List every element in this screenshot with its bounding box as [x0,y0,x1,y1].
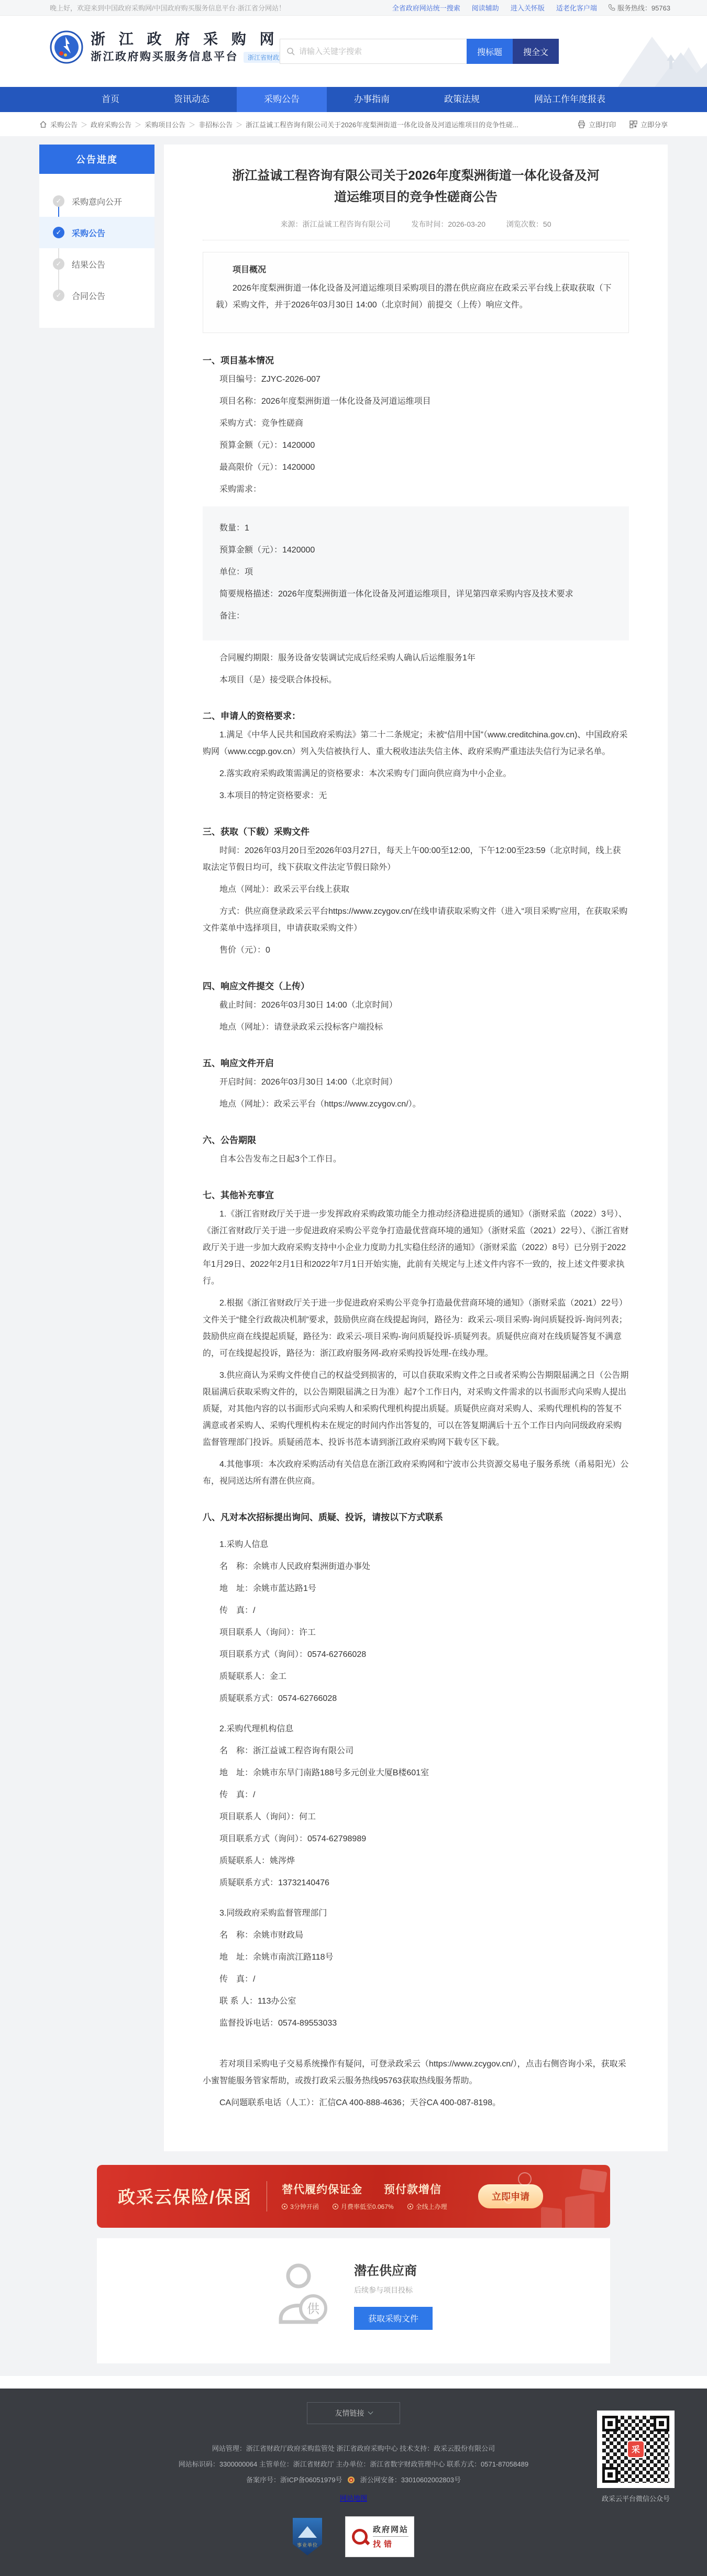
nav-procurement-announcements[interactable]: 采购公告 [237,87,327,112]
home-icon [39,120,47,128]
contract-period: 合同履约期限：服务设备安装调试完成后经采购人确认后运维服务1年 [203,650,629,667]
search-icon [286,47,295,56]
consortium-bid-note: 本项目（是）接受联合体投标。 [203,672,629,689]
obtain-price: 售价（元）：0 [203,942,629,959]
purchaser-fax: 传 真：/ [203,1602,629,1619]
project-overview-box: 项目概况 2026年度梨洲街道一体化设备及河道运维项目采购项目的潜在供应商应在政… [203,252,629,333]
agency-query-contact: 质疑联系人：姚涔烨 [203,1853,629,1870]
wechat-qr-block: 采 政采云平台微信公众号 [597,2411,675,2503]
get-procurement-file-button[interactable]: 获取采购文件 [354,2307,433,2330]
announcement-period: 自本公告发布之日起3个工作日。 [203,1151,629,1168]
unified-search-link[interactable]: 全省政府网站统一搜索 [392,3,460,13]
page-title: 浙江益诚工程咨询有限公司关于2026年度梨洲街道一体化设备及河道运维项目的竞争性… [228,165,603,208]
rate-icon [333,2204,338,2209]
nav-policies[interactable]: 政策法规 [417,87,507,112]
zcy-insurance-banner[interactable]: 政采云保险/保函 替代履约保证金 预付款增信 3分钟开函 月费率低至0.067%… [97,2165,610,2228]
open-time: 开启时间：2026年03月30日 14:00（北京时间） [203,1074,629,1091]
supervision-phone: 监督投诉电话：0574-89553033 [203,2015,629,2032]
dotted-divider [203,240,629,240]
main-nav: 首页 资讯动态 采购公告 办事指南 政策法规 网站工作年度报表 [0,87,707,112]
demand-spec: 简要规格描述：2026年度梨洲街道一体化设备及河道运维项目，详见第四章采购内容及… [203,586,629,603]
section-8-heading: 八、凡对本次招标提出询问、质疑、投诉，请按以下方式联系 [203,1510,629,1523]
obtain-time: 时间：2026年03月20日至2026年03月27日，每天上午00:00至12:… [203,843,629,876]
procurement-demand-label: 采购需求： [203,481,629,498]
svg-text:供: 供 [307,2302,320,2316]
demand-budget: 预算金额（元）：1420000 [203,542,629,559]
site-search: 搜标题 搜全文 [280,39,559,64]
reading-aid-link[interactable]: 阅读辅助 [472,3,499,13]
nav-home[interactable]: 首页 [74,87,147,112]
qr-code: 采 [597,2411,675,2488]
supervision-name: 名 称：余姚市财政局 [203,1927,629,1944]
supervision-contact: 联 系 人：113办公室 [203,1993,629,2010]
printer-icon [578,120,586,128]
site-name: 浙 江 政 府 采 购 网 [91,30,290,48]
agency-name: 名 称：浙江益诚工程咨询有限公司 [203,1743,629,1760]
check-icon: ✓ [53,195,64,207]
supplier-text: 潜在供应商 后续参与项目投标 获取采购文件 [354,2260,433,2330]
supplement-1: 1.《浙江省财政厅关于进一步发挥政府采购政策功能全力推动经济稳进提质的通知》（浙… [203,1206,629,1290]
site-logo-icon [50,30,83,64]
nav-service-guide[interactable]: 办事指南 [327,87,417,112]
article-view-count: 浏览次数：50 [506,220,551,228]
purchaser-query-contact: 质疑联系人：金工 [203,1668,629,1685]
agency-contact: 项目联系人（询问）：何工 [203,1809,629,1826]
banner-feature-3: 全线上办理 [407,2202,447,2211]
demand-quantity: 数量：1 [203,520,629,537]
print-button[interactable]: 立即打印 [578,119,616,129]
qualification-1: 1.满足《中华人民共和国政府采购法》第二十二条规定；未被“信用中国”（www.c… [203,727,629,760]
greeting-text: 晚上好，欢迎来到中国政府采购网/中国政府购买服务信息平台·浙江省分网站！ [50,3,285,13]
project-number: 项目编号：ZJYC-2026-007 [203,371,629,388]
check-icon: ✓ [53,290,64,301]
section-4-heading: 四、响应文件提交（上传） [203,979,629,992]
supervision-address: 地 址：余姚市南滨江路118号 [203,1949,629,1966]
breadcrumb-item-4[interactable]: 非招标公告 [198,119,233,129]
breadcrumb-separator: ＞ [135,119,141,129]
qr-share-icon [629,120,637,128]
shield-mountain-icon [298,2526,317,2538]
breadcrumb-separator: ＞ [189,119,195,129]
search-input[interactable] [299,47,460,56]
breadcrumb-separator: ＞ [81,119,87,129]
section-2-heading: 二、申请人的资格要求： [203,709,629,722]
site-footer: 友情链接 网站管理：浙江省财政厅政府采购监管处 浙江省政府采购中心 技术支持：政… [0,2389,707,2576]
section-1-heading: 一、项目基本情况 [203,353,629,366]
announcement-progress-sidebar: 公告进度 ✓ 采购意向公开 ✓ 采购公告 ✓ 结果公告 [39,145,154,328]
icp-record-link[interactable]: 备案序号：浙ICP备06051979号 [246,2476,343,2484]
zcy-logo-icon: 采 [627,2440,645,2458]
open-place: 地点（网址）：政采云平台（https://www.zcygov.cn/）。 [203,1096,629,1113]
public-security-record-link[interactable]: 浙公网安备：33010602002803号 [360,2476,461,2484]
procurement-method: 采购方式：竞争性磋商 [203,415,629,432]
breadcrumb-current: 浙江益诚工程咨询有限公司关于2026年度梨洲街道一体化设备及河道运维项目的竞争性… [246,119,518,129]
article-source: 来源：浙江益诚工程咨询有限公司 [281,220,391,228]
qualification-3: 3.本项目的特定资格要求：无 [203,788,629,804]
mountain-decoration [539,16,707,87]
banner-middle: 替代履约保证金 预付款增信 3分钟开函 月费率低至0.067% 全线上办理 [282,2181,459,2211]
potential-supplier-card: 供 潜在供应商 后续参与项目投标 获取采购文件 [97,2238,610,2363]
banner-feature-1: 3分钟开函 [282,2202,319,2211]
supplier-title: 潜在供应商 [354,2260,433,2279]
phone-icon [609,4,615,11]
service-hotline: 服务热线：95763 [609,3,670,13]
supplement-3: 3.供应商认为采购文件使自己的权益受到损害的，可以自获取采购文件之日或者采购公告… [203,1367,629,1451]
supplement-4: 4.其他事项：本次政府采购活动有关信息在浙江政府采购网和宁波市公共资源交易电子服… [203,1456,629,1490]
max-price: 最高限价（元）：1420000 [203,459,629,476]
agency-info-title: 2.采购代理机构信息 [203,1721,629,1738]
ca-contact-note: CA问题联系电话（人工）：汇信CA 400-888-4636；天谷CA 400-… [203,2095,629,2111]
magnifier-icon [351,2528,369,2546]
article-meta: 来源：浙江益诚工程咨询有限公司 发布时间：2026-03-20 浏览次数：50 [203,219,629,229]
supervision-fax: 传 真：/ [203,1971,629,1988]
banner-title: 政采云保险/保函 [118,2184,252,2208]
demand-remark: 备注： [203,608,629,625]
sitemap-link[interactable]: 网站地图 [340,2494,367,2502]
section-3-heading: 三、获取（下载）采购文件 [203,824,629,837]
top-utility-bar: 晚上好，欢迎来到中国政府采购网/中国政府购买服务信息平台·浙江省分网站！ 全省政… [0,0,707,16]
supervision-info-title: 3.同级政府采购监督管理部门 [203,1905,629,1922]
page-actions: 立即打印 立即分享 [578,119,668,129]
banner-feature-2: 月费率低至0.067% [333,2202,394,2211]
care-version-link[interactable]: 进入关怀版 [511,3,545,13]
site-header: 浙 江 政 府 采 购 网 浙江政府购买服务信息平台 浙江省财政厅 搜标题 搜全… [0,16,707,87]
purchaser-contact-phone: 项目联系方式（询问）：0574-62766028 [203,1646,629,1663]
supplier-subtitle: 后续参与项目投标 [354,2285,433,2295]
supplement-2: 2.根据《浙江省财政厅关于进一步促进政府采购公平竞争打造最优营商环境的通知》（浙… [203,1295,629,1362]
agency-address: 地 址：余姚市东旱门南路188号多元创业大厦B楼601室 [203,1765,629,1782]
section-5-heading: 五、响应文件开启 [203,1056,629,1069]
zcy-help-note: 若对项目采购电子交易系统操作有疑问，可登录政采云（https://www.zcy… [203,2056,629,2089]
purchaser-name: 名 称：余姚市人民政府梨洲街道办事处 [203,1558,629,1575]
obtain-method: 方式：供应商登录政采云平台https://www.zcygov.cn/在线申请获… [203,903,629,937]
chevron-down-icon [368,2409,373,2415]
main-area: 公告进度 ✓ 采购意向公开 ✓ 采购公告 ✓ 结果公告 [0,136,707,2376]
qr-finder-icon [602,2467,618,2483]
breadcrumb-bar: 采购公告 ＞ 政府采购公告 ＞ 采购项目公告 ＞ 非招标公告 ＞ 浙江益诚工程咨… [0,112,707,136]
topbar-links: 全省政府网站统一搜索 阅读辅助 进入关怀版 适老化客户端 服务热线：95763 [392,3,670,13]
brand: 浙 江 政 府 采 购 网 浙江政府购买服务信息平台 浙江省财政厅 [50,30,290,64]
check-icon: ✓ [53,258,64,270]
nav-annual-report[interactable]: 网站工作年度报表 [507,87,633,112]
clock-icon [282,2204,288,2209]
breadcrumb-item-3[interactable]: 采购项目公告 [145,119,185,129]
submit-deadline: 截止时间：2026年03月30日 14:00（北京时间） [203,997,629,1014]
nav-news[interactable]: 资讯动态 [147,87,237,112]
check-icon: ✓ [53,227,64,238]
step-result-announcement[interactable]: ✓ 结果公告 [39,248,154,280]
purchaser-contact: 项目联系人（询问）：许工 [203,1624,629,1641]
online-icon [407,2204,413,2209]
banner-divider [267,2181,267,2212]
share-button[interactable]: 立即分享 [629,119,668,129]
announcement-article: 浙江益诚工程咨询有限公司关于2026年度梨洲街道一体化设备及河道运维项目的竞争性… [164,145,668,2151]
purchaser-address: 地 址：余姚市蓝达路1号 [203,1580,629,1597]
purchaser-info-title: 1.采购人信息 [203,1536,629,1553]
budget-amount: 预算金额（元）：1420000 [203,437,629,454]
friendly-links-dropdown[interactable]: 友情链接 [307,2402,400,2424]
article-publish-time: 发布时间：2026-03-20 [411,220,485,228]
step-intent-publicity[interactable]: ✓ 采购意向公开 [39,185,154,217]
breadcrumb-item-1[interactable]: 采购公告 [50,119,78,129]
gov-site-error-report-badge[interactable]: 政府网站 找错 [345,2516,414,2557]
agency-contact-phone: 项目联系方式（询问）：0574-62798989 [203,1831,629,1848]
search-box [280,39,467,64]
demand-detail-box: 数量：1 预算金额（元）：1420000 单位：项 简要规格描述：2026年度梨… [203,506,629,640]
banner-benefit-2: 预付款增信 [384,2184,441,2196]
section-7-heading: 七、其他补充事宜 [203,1188,629,1201]
footer-badges: 事业单位 政府网站 找错 [0,2516,707,2557]
banner-benefit-1: 替代履约保证金 [282,2184,362,2196]
submit-place: 地点（网址）：请登录政采云投标客户端投标 [203,1019,629,1036]
apply-now-button[interactable]: 立即申请 [478,2184,543,2208]
page: 晚上好，欢迎来到中国政府采购网/中国政府购买服务信息平台·浙江省分网站！ 全省政… [0,0,707,2576]
step-procurement-announcement[interactable]: ✓ 采购公告 [39,217,154,248]
sidebar-title: 公告进度 [39,145,154,174]
agency-query-phone: 质疑联系方式：13732140476 [203,1875,629,1892]
demand-unit: 单位：项 [203,564,629,581]
search-fulltext-button[interactable]: 搜全文 [513,39,559,64]
overview-text: 2026年度梨洲街道一体化设备及河道运维项目采购项目的潜在供应商应在政采云平台线… [216,280,616,314]
overview-title: 项目概况 [216,263,616,275]
section-6-heading: 六、公告期限 [203,1133,629,1146]
breadcrumb-separator: ＞ [236,119,242,129]
breadcrumb: 采购公告 ＞ 政府采购公告 ＞ 采购项目公告 ＞ 非招标公告 ＞ 浙江益诚工程咨… [39,119,578,129]
site-subtitle: 浙江政府购买服务信息平台 [91,48,238,64]
search-title-button[interactable]: 搜标题 [467,39,513,64]
project-name: 项目名称：2026年度梨洲街道一体化设备及河道运维项目 [203,393,629,410]
progress-steps: ✓ 采购意向公开 ✓ 采购公告 ✓ 结果公告 ✓ 合同公告 [39,174,154,314]
qualification-2: 2.落实政府采购政策需满足的资格要求：本次采购专门面向供应商为中小企业。 [203,766,629,782]
agency-fax: 传 真：/ [203,1787,629,1804]
obtain-place: 地点（网址）：政采云平台线上获取 [203,881,629,898]
qr-finder-icon [602,2416,618,2431]
supplier-avatar-icon: 供 [274,2260,329,2326]
step-contract-announcement[interactable]: ✓ 合同公告 [39,280,154,311]
qr-caption: 政采云平台微信公众号 [597,2493,675,2503]
qr-finder-icon [654,2416,669,2431]
purchaser-query-phone: 质疑联系方式：0574-62766028 [203,1690,629,1707]
public-institution-badge[interactable]: 事业单位 [293,2518,322,2556]
breadcrumb-item-2[interactable]: 政府采购公告 [91,119,131,129]
elderly-client-link[interactable]: 适老化客户端 [556,3,597,13]
police-badge-icon [347,2476,355,2484]
brand-text: 浙 江 政 府 采 购 网 浙江政府购买服务信息平台 浙江省财政厅 [91,30,290,64]
